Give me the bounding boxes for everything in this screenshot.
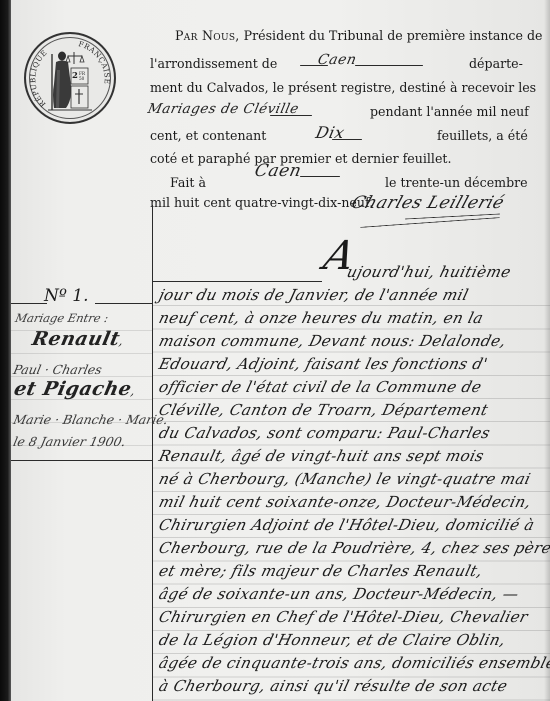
body-line: âgée de cinquante-trois ans, domiciliés … [157, 654, 550, 672]
body-line: du Calvados, sont comparu: Paul-Charles [157, 424, 492, 442]
handwritten-flourish [300, 65, 328, 66]
header-line-2-prefix: l'arrondissement de [150, 58, 277, 71]
body-line: neuf cent, à onze heures du matin, en la [157, 309, 485, 327]
body-line: Edouard, Adjoint, faisant les fonctions … [157, 355, 490, 373]
groom-given-names: Paul · Charles [12, 362, 103, 377]
margin-marriage-date: le 8 Janvier 1900. [12, 434, 127, 449]
margin-bride-given-names: Marie · Blanche · Marie. [12, 412, 169, 427]
header-line-4-suffix: pendant l'année mil neuf [370, 106, 529, 119]
acte-number: Nº 1. [44, 286, 89, 306]
margin-groom-surname: Renault, [30, 328, 126, 350]
margin-groom-given-names: Paul · Charles [12, 362, 103, 377]
body-line: et mère; fils majeur de Charles Renault, [157, 562, 485, 580]
body-line: maison commune, Devant nous: Delalonde, [157, 332, 508, 350]
bride-surname: et Pigache [12, 378, 134, 400]
header-line-3: ment du Calvados, le présent registre, d… [150, 82, 536, 95]
margin-line-mariage-entre: Mariage Entre : [14, 311, 110, 325]
body-line: mil huit cent soixante-onze, Docteur-Méd… [157, 493, 533, 511]
body-line: jour du mois de Janvier, de l'année mil [157, 286, 470, 304]
header-par-nous: Par Nous, [175, 28, 240, 43]
header-line-2-suffix: départe- [469, 58, 523, 71]
header-line-1: Par Nous, Président du Tribunal de premi… [175, 30, 542, 43]
svg-text:50: 50 [79, 76, 85, 81]
body-line: officier de l'état civil de la Commune d… [157, 378, 484, 396]
header-line-5-suffix: feuillets, a été [437, 130, 528, 143]
header-line-5-prefix: cent, et contenant [150, 130, 266, 143]
acte-number-rule-left [11, 303, 47, 304]
body-top-rule [152, 281, 322, 282]
header-line-8: mil huit cent quatre-vingt-dix-neuf. [150, 197, 373, 210]
binding-edge [0, 0, 11, 701]
body-line: ujourd'hui, huitième [345, 263, 513, 281]
fait-a-fill: Caen [253, 161, 303, 181]
handwritten-underline [332, 139, 362, 140]
body-line: Cherbourg, rue de la Poudrière, 4, chez … [157, 539, 550, 557]
republique-francaise-seal: RÉPUBLIQUE FRANÇAISE 2 FR 50 [24, 32, 116, 124]
body-line: Cléville, Canton de Troarn, Département [157, 401, 490, 419]
register-page: RÉPUBLIQUE FRANÇAISE 2 FR 50 Par Nous, P… [0, 0, 550, 701]
body-line: Chirurgien en Chef de l'Hôtel-Dieu, Chev… [157, 608, 530, 626]
header-line-7-suffix: le trente-un décembre [385, 177, 528, 190]
body-line: Chirurgien Adjoint de l'Hôtel-Dieu, domi… [157, 516, 536, 534]
header-line-1-text: Président du Tribunal de première instan… [244, 28, 543, 43]
body-line: Renault, âgé de vingt-huit ans sept mois [157, 447, 486, 465]
margin-box-bottom-rule [11, 460, 152, 461]
handwritten-underline [355, 65, 423, 66]
margin-vertical-rule [152, 205, 153, 701]
handwritten-underline [270, 115, 312, 116]
acte-number-rule-right [95, 303, 152, 304]
header-line-7-prefix: Fait à [170, 177, 206, 190]
body-line: né à Cherbourg, (Manche) le vingt-quatre… [157, 470, 533, 488]
handwritten-underline [300, 176, 340, 177]
body-line: à Cherbourg, ainsi qu'il résulte de son … [157, 677, 509, 695]
body-line: de la Légion d'Honneur, et de Claire Obl… [157, 631, 508, 649]
svg-text:RÉPUBLIQUE: RÉPUBLIQUE [28, 48, 49, 109]
margin-bride-surname: et Pigache, [12, 378, 138, 400]
signature-flourish [360, 217, 500, 228]
seal-icon: RÉPUBLIQUE FRANÇAISE 2 FR 50 [26, 34, 114, 122]
president-signature: Charles Leillerié [349, 193, 507, 213]
groom-surname: Renault [30, 328, 122, 350]
body-line: âgé de soixante-un ans, Docteur-Médecin,… [157, 585, 521, 603]
svg-text:2: 2 [72, 71, 78, 81]
